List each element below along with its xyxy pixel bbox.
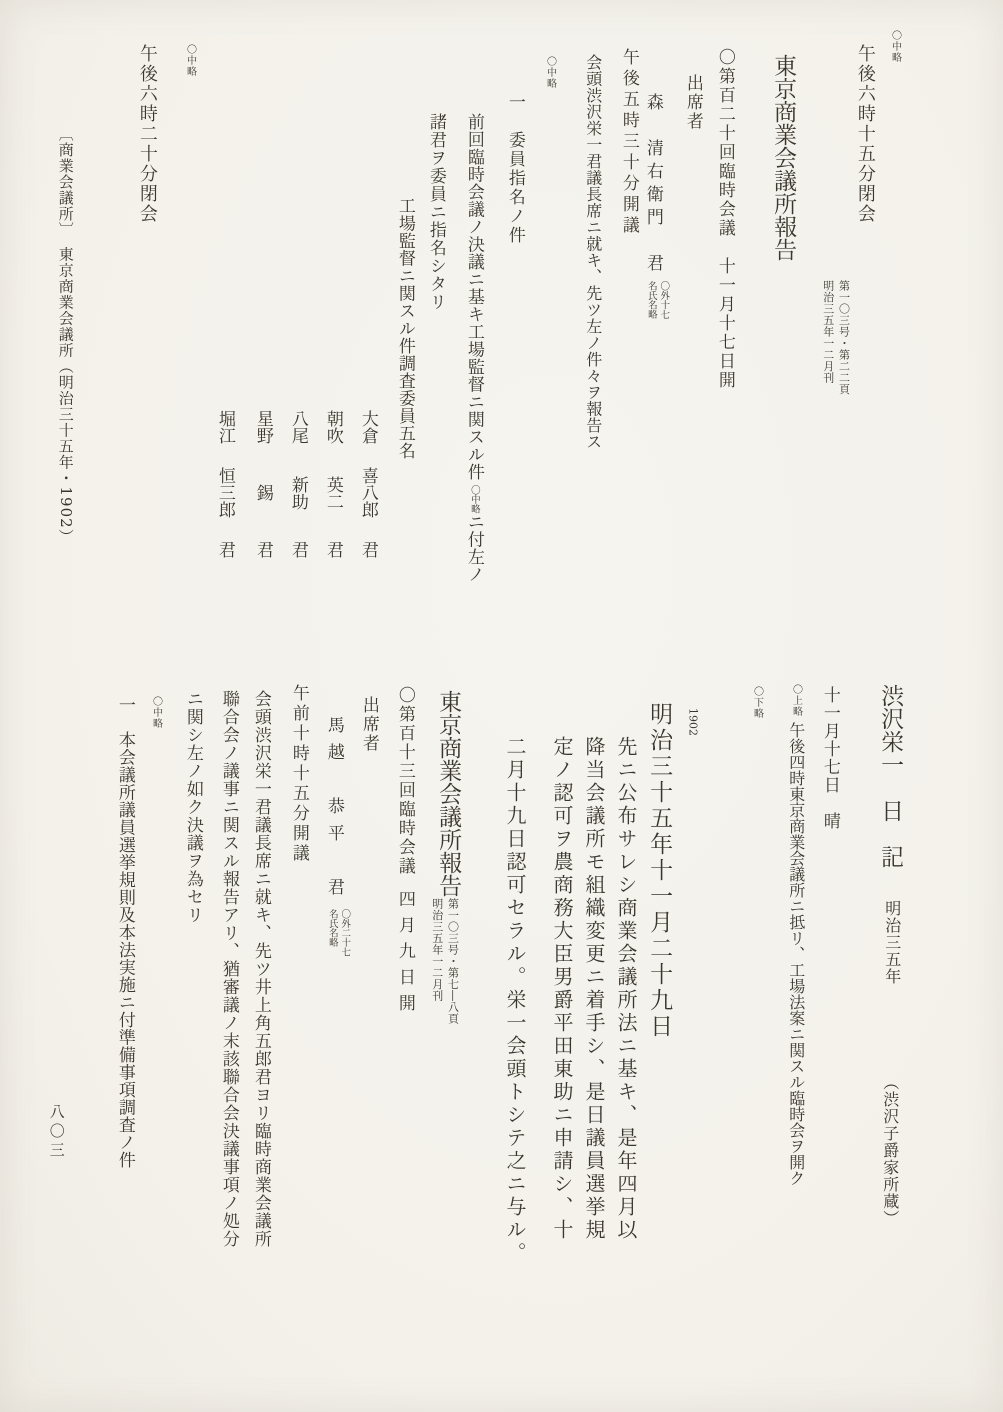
- attendee-note-col1: 〇外十七: [658, 281, 669, 319]
- diary-title: 渋沢栄一 日 記: [878, 684, 902, 868]
- closing-time-620: 午後六時二十分閉会: [137, 44, 156, 224]
- member-honorific: 君: [253, 541, 271, 558]
- report-citation: 第一〇三号・第七―八頁 明治三五年一二月刊: [428, 898, 462, 1025]
- summary-line-2: 降当会議所モ組織変更ニ着手シ、是日議員選挙規: [583, 736, 604, 1242]
- member-given: 英二: [323, 476, 341, 510]
- member-given: 錫: [253, 484, 271, 501]
- meeting-date: 四月九日開: [395, 890, 415, 1020]
- attendees-label: 出席者: [359, 696, 377, 753]
- summary-line-3: 定ノ認可ヲ農商務大臣男爵平田東助ニ申請シ、十: [551, 736, 572, 1242]
- citation-issue: 第一〇三号・第七―八頁: [446, 898, 460, 1025]
- body-line-1: 会頭渋沢栄一君議長席ニ就キ、先ツ井上角五郎君ヨリ臨時商業会議所: [251, 690, 269, 1248]
- date-heading: 明治三十五年十一月二十九日: [647, 702, 671, 1040]
- meeting-heading-text: 〇第百十三回臨時会議: [395, 686, 415, 876]
- body-line1-post: ニ付左ノ: [464, 513, 484, 583]
- member-honorific: 君: [323, 541, 341, 558]
- attendee-count-note: 〇外二十七名氏名略: [325, 909, 351, 957]
- member-given: 喜八郎: [358, 467, 376, 518]
- citation-date: 明治三五年一二月刊: [430, 898, 444, 1025]
- body-line1-pre: 前回臨時会議ノ決議ニ基キ工場監督ニ関スル件: [464, 113, 484, 481]
- attendee-note-col2: 名氏名略: [645, 281, 656, 319]
- attendee-name: 馬越 恭平 君: [324, 716, 344, 905]
- attendees-label: 出席者: [683, 74, 701, 131]
- attendee-line: 森 清右衛門 君〇外十七名氏名略: [643, 93, 670, 319]
- attendee-note-col2: 名氏名略: [326, 909, 337, 957]
- omission-mark: 〇中略: [544, 56, 555, 89]
- inline-omission-note: 〇中略: [469, 485, 480, 514]
- diary-source: （渋沢子爵家所蔵）: [881, 1074, 898, 1227]
- citation-date: 明治三五年一二月刊: [821, 280, 835, 395]
- committee-member: 八尾 新助 君: [288, 410, 306, 558]
- omission-top-mark: 〇上略: [790, 684, 801, 717]
- diary-era: 明治三五年: [883, 900, 900, 985]
- committee-member: 堀江 恒三郎 君: [215, 410, 233, 558]
- body-line-3: ニ関シ左ノ如ク決議ヲ為セリ: [183, 690, 201, 924]
- member-family: 星野: [253, 410, 271, 444]
- omission-mark: 〇中略: [150, 696, 161, 729]
- report-title: 東京商業会議所報告: [436, 690, 460, 897]
- omission-mark: 〇中略: [889, 30, 900, 63]
- member-family: 朝吹: [323, 410, 341, 444]
- attendee-count-note: 〇外十七名氏名略: [644, 281, 670, 319]
- omission-bottom-mark: 〇下略: [751, 686, 762, 719]
- summary-line-1: 先ニ公布サレシ商業会議所法ニ基キ、是年四月以: [615, 736, 636, 1242]
- page-number: 八〇三: [48, 1104, 64, 1161]
- body-line-2: 聯合会ノ議事ニ関スル報告アリ、猶審議ノ末該聯合会決議事項ノ処分: [219, 690, 237, 1248]
- source-attribution: 〔商業会議所〕 東京商業会議所（明治三十五年・1902）: [57, 126, 73, 545]
- omission-mark: 〇中略: [184, 44, 195, 77]
- western-year: 1902: [687, 708, 699, 736]
- member-family: 大倉: [358, 410, 376, 444]
- attendee-name: 森 清右衛門 君: [643, 93, 663, 277]
- citation-issue: 第一〇三号・第二二頁: [837, 280, 851, 395]
- member-given: 恒三郎: [215, 467, 233, 518]
- summary-line-4: 二月十九日認可セラル。栄一会頭トシテ之ニ与ル。: [504, 736, 525, 1265]
- committee-member: 星野 錫 君: [253, 410, 271, 558]
- opening-time-530: 午後五時三十分開議: [619, 48, 637, 237]
- body-line-1: 前回臨時会議ノ決議ニ基キ工場監督ニ関スル件〇中略ニ付左ノ: [464, 113, 482, 583]
- member-honorific: 君: [215, 541, 233, 558]
- opening-time-1015: 午前十時十五分開議: [289, 684, 307, 864]
- meeting-heading: 〇第百十三回臨時会議四月九日開: [395, 686, 413, 1020]
- committee-member: 大倉 喜八郎 君: [358, 410, 376, 558]
- attendee-line: 馬越 恭平 君〇外二十七名氏名略: [324, 716, 351, 957]
- committee-member: 朝吹 英二 君: [323, 410, 341, 558]
- meeting-heading: 〇第百二十回臨時会議 十一月十七日開: [715, 48, 733, 390]
- diary-date-line: 十一月十七日 晴: [820, 686, 838, 830]
- report-title: 東京商業会議所報告: [771, 54, 795, 261]
- diary-body: 午後四時東京商業会議所ニ抵リ、工場法案ニ関スル臨時会ヲ開ク: [787, 722, 804, 1186]
- member-family: 八尾: [288, 410, 306, 444]
- body-line-2: 諸君ヲ委員ニ指名シタリ: [426, 113, 444, 311]
- member-honorific: 君: [358, 541, 376, 558]
- item-heading: 一 委員指名ノ件: [505, 93, 523, 245]
- attendee-note-col1: 〇外二十七: [339, 909, 350, 957]
- committee-heading: 工場監督ニ関スル件調査委員五名: [395, 197, 413, 460]
- closing-time-615: 午後六時十五分閉会: [855, 44, 874, 224]
- item-heading: 一 本会議所議員選挙規則及本法実施ニ付準備事項調査ノ件: [115, 696, 133, 1169]
- member-given: 新助: [288, 476, 306, 510]
- chairman-line: 会頭渋沢栄一君議長席ニ就キ、先ツ左ノ件々ヲ報告ス: [584, 54, 601, 450]
- member-family: 堀江: [215, 410, 233, 444]
- report-citation: 第一〇三号・第二二頁 明治三五年一二月刊: [819, 280, 853, 395]
- scanned-document-page: 〇中略 午後六時十五分閉会 東京商業会議所報告 第一〇三号・第二二頁 明治三五年…: [0, 0, 1003, 1412]
- member-honorific: 君: [288, 541, 306, 558]
